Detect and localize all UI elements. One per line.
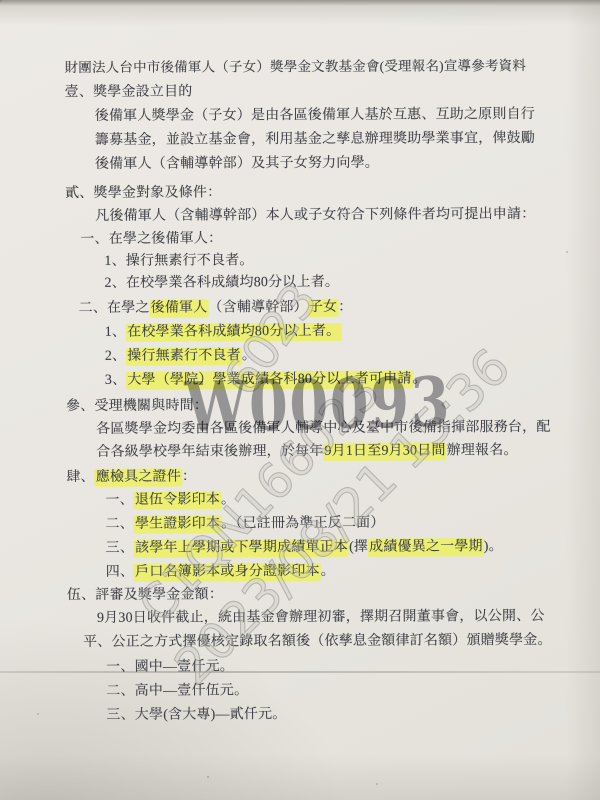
highlighted-text: 該學年上學期或下學期成績單正本 bbox=[134, 539, 349, 558]
highlighted-text: 成績優異之一學期 bbox=[368, 538, 484, 557]
text-segment: )。 bbox=[484, 539, 503, 554]
text-segment: 二、 bbox=[106, 517, 134, 532]
text-segment: 一、 bbox=[105, 493, 133, 508]
doc-line-9: 1、操行無素行不良者。 bbox=[104, 251, 253, 272]
text-segment: （含輔導幹部） bbox=[208, 300, 307, 315]
text-segment: 二、在學之 bbox=[79, 301, 150, 316]
text-segment: 凡後備軍人（含輔導幹部）本人或子女符合下列條件者均可提出申請： bbox=[95, 207, 535, 224]
doc-line-11: 二、在學之後備軍人（含輔導幹部）子女： bbox=[79, 298, 353, 319]
text-segment: 後備軍人獎學金（子女）是由各區後備軍人基於互惠、互助之原則自行 bbox=[95, 107, 535, 124]
text-segment: 貳、獎學金對象及條件： bbox=[65, 185, 221, 201]
doc-line-23: 伍、評審及獎學金金額： bbox=[67, 585, 223, 606]
doc-line-26: 一、國中—壹仟元。 bbox=[106, 657, 234, 678]
doc-line-10: 2、在校學業各科成績均80分以上者。 bbox=[104, 273, 339, 294]
text-segment: 9月30日收件截止，統由基金會辦理初審，擇期召開董事會，以公開、公 bbox=[97, 609, 545, 626]
text-segment: 三、 bbox=[106, 541, 134, 556]
text-segment: 參、受理機關與時間： bbox=[66, 398, 208, 414]
doc-line-7: 凡後備軍人（含輔導幹部）本人或子女符合下列條件者均可提出申請： bbox=[95, 205, 535, 227]
highlighted-text: 在校學業各科成績均80分以上者。 bbox=[126, 323, 341, 342]
doc-line-24: 9月30日收件截止，統由基金會辦理初審，擇期召開董事會，以公開、公 bbox=[97, 607, 545, 629]
doc-line-2: 壹、獎學金設立目的 bbox=[65, 82, 193, 103]
doc-line-12: 1、在校學業各科成績均80分以上者。 bbox=[105, 322, 342, 343]
doc-line-14: 3、大學（學院）學業成績各科80分以上者可申請。 bbox=[105, 369, 427, 390]
doc-line-8: 一、在學之後備軍人： bbox=[80, 229, 222, 250]
text-segment: 3、 bbox=[105, 373, 126, 388]
highlighted-text: 子女 bbox=[308, 299, 338, 317]
text-segment: 。 bbox=[242, 348, 256, 363]
text-segment: 平、公正之方式擇優核定錄取名額後（依孳息金額律訂名額）頒贈獎學金。 bbox=[83, 633, 552, 650]
highlighted-text: 後備軍人 bbox=[150, 299, 209, 317]
highlighted-text: 大學（學院）學業成績各科80分以上者可申請 bbox=[126, 371, 412, 390]
text-segment: 1、 bbox=[105, 325, 126, 340]
doc-line-5: 後備軍人（含輔導幹部）及其子女努力向學。 bbox=[95, 154, 379, 175]
text-segment: 一、國中—壹仟元。 bbox=[106, 659, 234, 675]
text-segment: 四、 bbox=[106, 565, 134, 580]
doc-line-22: 四、戶口名簿影本或身分證影印本。 bbox=[106, 562, 335, 583]
text-segment: 肆、 bbox=[66, 470, 94, 485]
doc-line-17: 合各級學校學年結束後辦理，於每年9月1日至9月30日間辦理報名。 bbox=[96, 441, 517, 463]
doc-line-19: 一、退伍令影印本。 bbox=[105, 490, 235, 511]
text-segment: (擇 bbox=[349, 540, 368, 555]
text-segment: 財團法人台中市後備軍人（子女）獎學金文教基金會(受理報名)宣導參考資料 bbox=[65, 58, 527, 75]
highlighted-text: 操行無素行不良者 bbox=[126, 347, 242, 366]
text-segment: ： bbox=[338, 300, 352, 315]
text-segment: ： bbox=[182, 469, 196, 484]
doc-line-4: 籌募基金，並設立基金會，利用基金之孳息辦理獎助學業事宜，俾鼓勵 bbox=[95, 129, 535, 151]
doc-line-1: 財團法人台中市後備軍人（子女）獎學金文教基金會(受理報名)宣導參考資料 bbox=[65, 56, 527, 78]
doc-line-27: 二、高中—壹仟伍元。 bbox=[106, 681, 248, 702]
text-segment: 2、 bbox=[105, 349, 126, 364]
document-page: 財團法人台中市後備軍人（子女）獎學金文教基金會(受理報名)宣導參考資料壹、獎學金… bbox=[0, 0, 600, 800]
text-segment: 伍、評審及獎學金金額： bbox=[67, 587, 223, 603]
doc-line-6: 貳、獎學金對象及條件： bbox=[65, 183, 221, 204]
text-segment: 後備軍人（含輔導幹部）及其子女努力向學。 bbox=[95, 156, 379, 172]
text-segment: 各區獎學金均委由各區後備軍人輔導中心及臺中市後備指揮部服務台，配 bbox=[96, 420, 550, 437]
doc-line-28: 三、大學(含大專)—貳仟元。 bbox=[106, 705, 286, 726]
text-segment: 二、高中—壹仟伍元。 bbox=[106, 683, 248, 699]
text-segment: 一、在學之後備軍人： bbox=[80, 231, 222, 247]
doc-line-3: 後備軍人獎學金（子女）是由各區後備軍人基於互惠、互助之原則自行 bbox=[95, 105, 535, 127]
text-segment: 辦理報名。 bbox=[447, 443, 518, 458]
document-photo: 財團法人台中市後備軍人（子女）獎學金文教基金會(受理報名)宣導參考資料壹、獎學金… bbox=[0, 0, 600, 800]
highlighted-text: 學生證影印本 bbox=[134, 515, 221, 533]
highlighted-text: 9月1日至9月30日間 bbox=[323, 442, 446, 461]
text-segment: 。 bbox=[412, 371, 426, 386]
doc-line-15: 參、受理機關與時間： bbox=[66, 396, 208, 417]
text-segment: 籌募基金，並設立基金會，利用基金之孳息辦理獎助學業事宜，俾鼓勵 bbox=[95, 131, 535, 148]
text-segment: 。（已註冊為準正反二面） bbox=[221, 516, 384, 532]
highlighted-text: 戶口名簿影本或身分證影印本 bbox=[134, 563, 321, 582]
doc-line-16: 各區獎學金均委由各區後備軍人輔導中心及臺中市後備指揮部服務台，配 bbox=[96, 418, 550, 440]
text-segment: 。 bbox=[221, 492, 235, 507]
text-segment: 。 bbox=[321, 564, 335, 579]
highlighted-text: 退伍令影印本 bbox=[134, 491, 221, 509]
doc-line-13: 2、操行無素行不良者。 bbox=[105, 346, 256, 367]
doc-line-20: 二、學生證影印本。（已註冊為準正反二面） bbox=[105, 514, 384, 535]
doc-line-18: 肆、應檢具之證件： bbox=[66, 467, 196, 488]
text-segment: 1、操行無素行不良者。 bbox=[104, 253, 253, 269]
text-segment: 2、在校學業各科成績均80分以上者。 bbox=[104, 275, 339, 291]
text-segment: 三、大學(含大專)—貳仟元。 bbox=[106, 707, 286, 723]
text-segment: 合各級學校學年結束後辦理，於每年 bbox=[96, 444, 323, 460]
text-segment: 壹、獎學金設立目的 bbox=[65, 84, 193, 100]
doc-line-25: 平、公正之方式擇優核定錄取名額後（依孳息金額律訂名額）頒贈獎學金。 bbox=[83, 631, 552, 653]
photo-speck bbox=[0, 0, 2, 2]
highlighted-text: 應檢具之證件 bbox=[95, 469, 182, 487]
doc-line-21: 三、該學年上學期或下學期成績單正本(擇成績優異之一學期)。 bbox=[106, 537, 503, 559]
